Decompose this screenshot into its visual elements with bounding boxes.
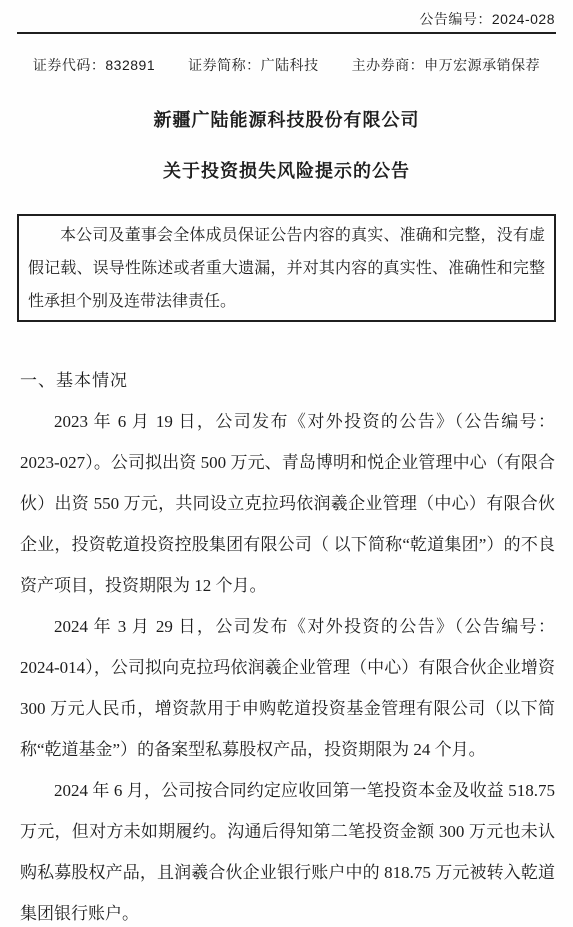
securities-abbreviation: 证券简称：广陆科技 (188, 55, 319, 75)
announcement-document: 公告编号：2024-028 证券代码：832891 证券简称：广陆科技 主办券商… (0, 0, 573, 927)
announcement-title: 关于投资损失风险提示的公告 (0, 157, 573, 183)
paragraph-investment-2024: 2024 年 3 月 29 日，公司发布《对外投资的公告》（公告编号：2024-… (20, 606, 555, 770)
disclaimer-text: 本公司及董事会全体成员保证公告内容的真实、准确和完整，没有虚假记载、误导性陈述或… (28, 219, 545, 318)
sponsor-broker: 主办券商：申万宏源承销保荐 (352, 55, 541, 75)
paragraph-investment-2023: 2023 年 6 月 19 日，公司发布《对外投资的公告》（公告编号：2023-… (20, 401, 555, 606)
paragraph-default-risk: 2024 年 6 月，公司按合同约定应收回第一笔投资本金及收益 518.75 万… (20, 770, 555, 927)
securities-code: 证券代码：832891 (33, 55, 155, 75)
section-body: 2023 年 6 月 19 日，公司发布《对外投资的公告》（公告编号：2023-… (20, 401, 555, 927)
board-disclaimer-box: 本公司及董事会全体成员保证公告内容的真实、准确和完整，没有虚假记载、误导性陈述或… (17, 214, 556, 322)
announcement-number: 公告编号：2024-028 (0, 0, 573, 32)
section-heading-basic-info: 一、基本情况 (20, 366, 555, 391)
company-name-title: 新疆广陆能源科技股份有限公司 (0, 106, 573, 132)
securities-header-row: 证券代码：832891 证券简称：广陆科技 主办券商：申万宏源承销保荐 (0, 55, 573, 75)
header-divider (17, 32, 556, 34)
